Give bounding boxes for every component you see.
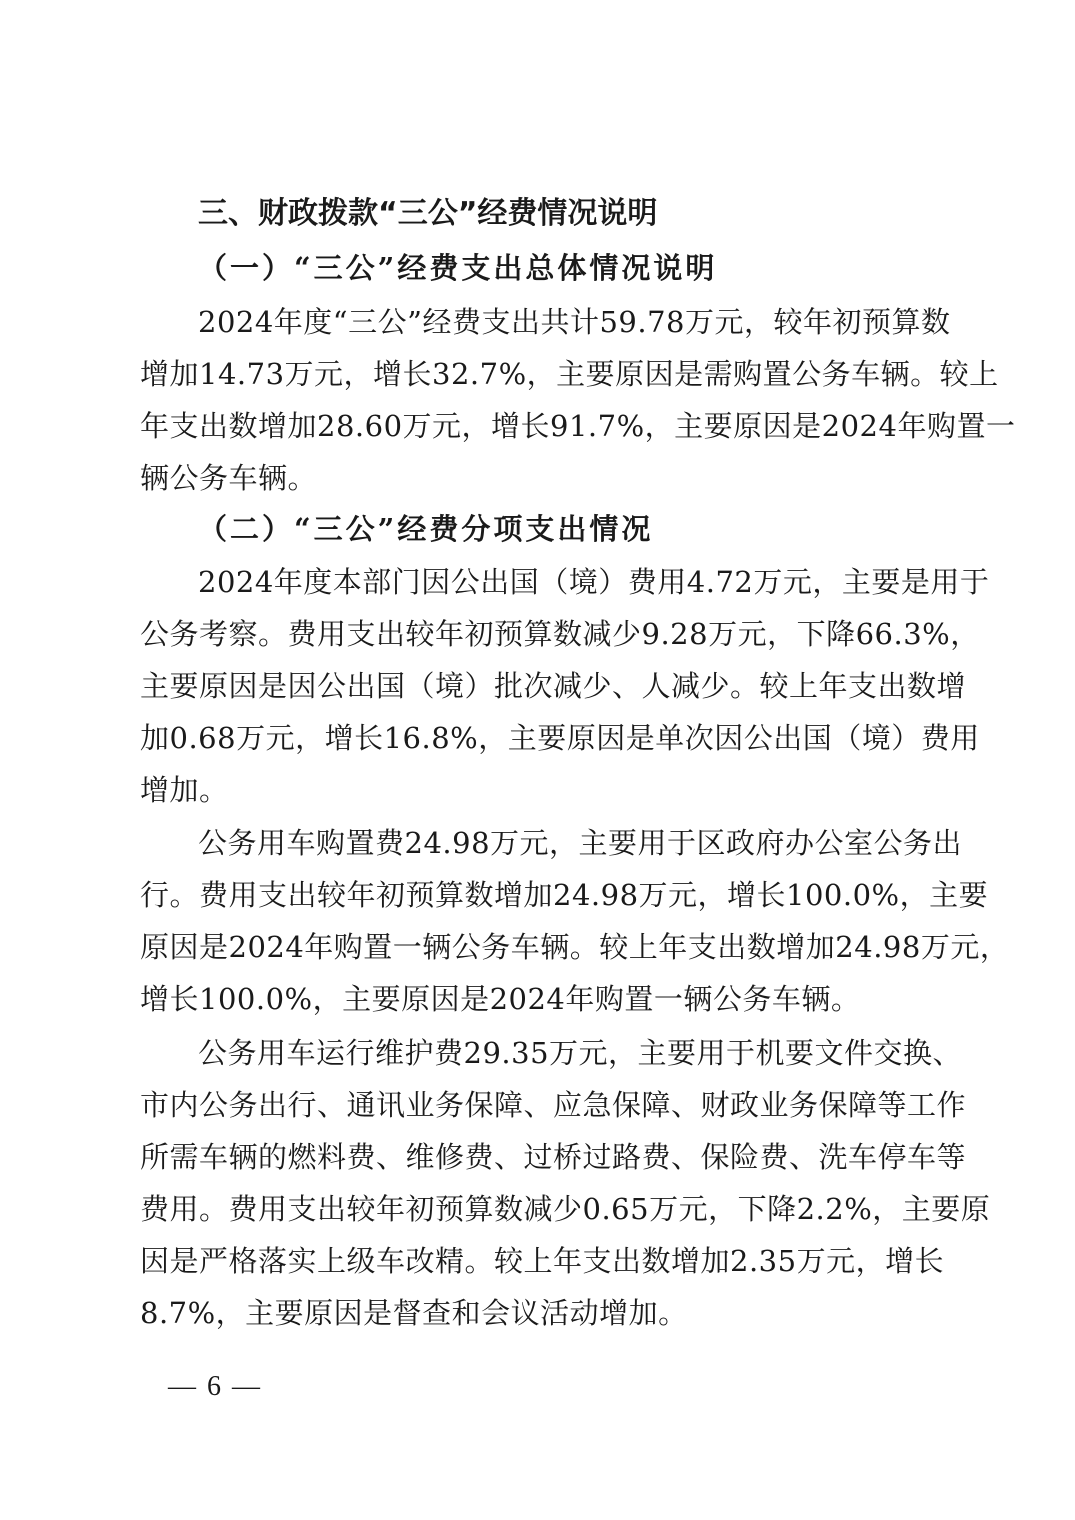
subsection-heading-overall: （一）“三公”经费支出总体情况说明 <box>198 250 717 286</box>
text-line: 8.7%，主要原因是督查和会议活动增加。 <box>140 1296 936 1330</box>
section-heading-main: 三、财政拨款“三公”经费情况说明 <box>198 196 657 232</box>
text-line: 增加14.73万元，增长32.7%，主要原因是需购置公务车辆。较上 <box>140 357 936 391</box>
text-line: 2024年度“三公”经费支出共计59.78万元，较年初预算数 <box>198 305 936 339</box>
page-number: — 6 — <box>168 1370 262 1404</box>
text-line: 市内公务出行、通讯业务保障、应急保障、财政业务保障等工作 <box>140 1088 936 1122</box>
subsection-heading-itemized: （二）“三公”经费分项支出情况 <box>198 511 653 547</box>
text-line: 辆公务车辆。 <box>140 461 936 495</box>
text-line: 加0.68万元，增长16.8%，主要原因是单次因公出国（境）费用 <box>140 721 936 755</box>
document-page: 三、财政拨款“三公”经费情况说明 （一）“三公”经费支出总体情况说明 2024年… <box>0 0 1075 1520</box>
text-line: 增长100.0%，主要原因是2024年购置一辆公务车辆。 <box>140 982 936 1016</box>
text-line: 公务用车购置费24.98万元，主要用于区政府办公室公务出 <box>198 826 936 860</box>
text-line: 年支出数增加28.60万元，增长91.7%，主要原因是2024年购置一 <box>140 409 936 443</box>
text-line: 费用。费用支出较年初预算数减少0.65万元，下降2.2%，主要原 <box>140 1192 936 1226</box>
text-line: 增加。 <box>140 773 936 807</box>
text-line: 因是严格落实上级车改精。较上年支出数增加2.35万元，增长 <box>140 1244 936 1278</box>
text-line: 公务考察。费用支出较年初预算数减少9.28万元，下降66.3%， <box>140 617 936 651</box>
text-line: 主要原因是因公出国（境）批次减少、人减少。较上年支出数增 <box>140 669 936 703</box>
text-line: 原因是2024年购置一辆公务车辆。较上年支出数增加24.98万元， <box>140 930 936 964</box>
text-line: 2024年度本部门因公出国（境）费用4.72万元，主要是用于 <box>198 565 936 599</box>
text-line: 行。费用支出较年初预算数增加24.98万元，增长100.0%，主要 <box>140 878 936 912</box>
text-line: 公务用车运行维护费29.35万元，主要用于机要文件交换、 <box>198 1036 936 1070</box>
text-line: 所需车辆的燃料费、维修费、过桥过路费、保险费、洗车停车等 <box>140 1140 936 1174</box>
